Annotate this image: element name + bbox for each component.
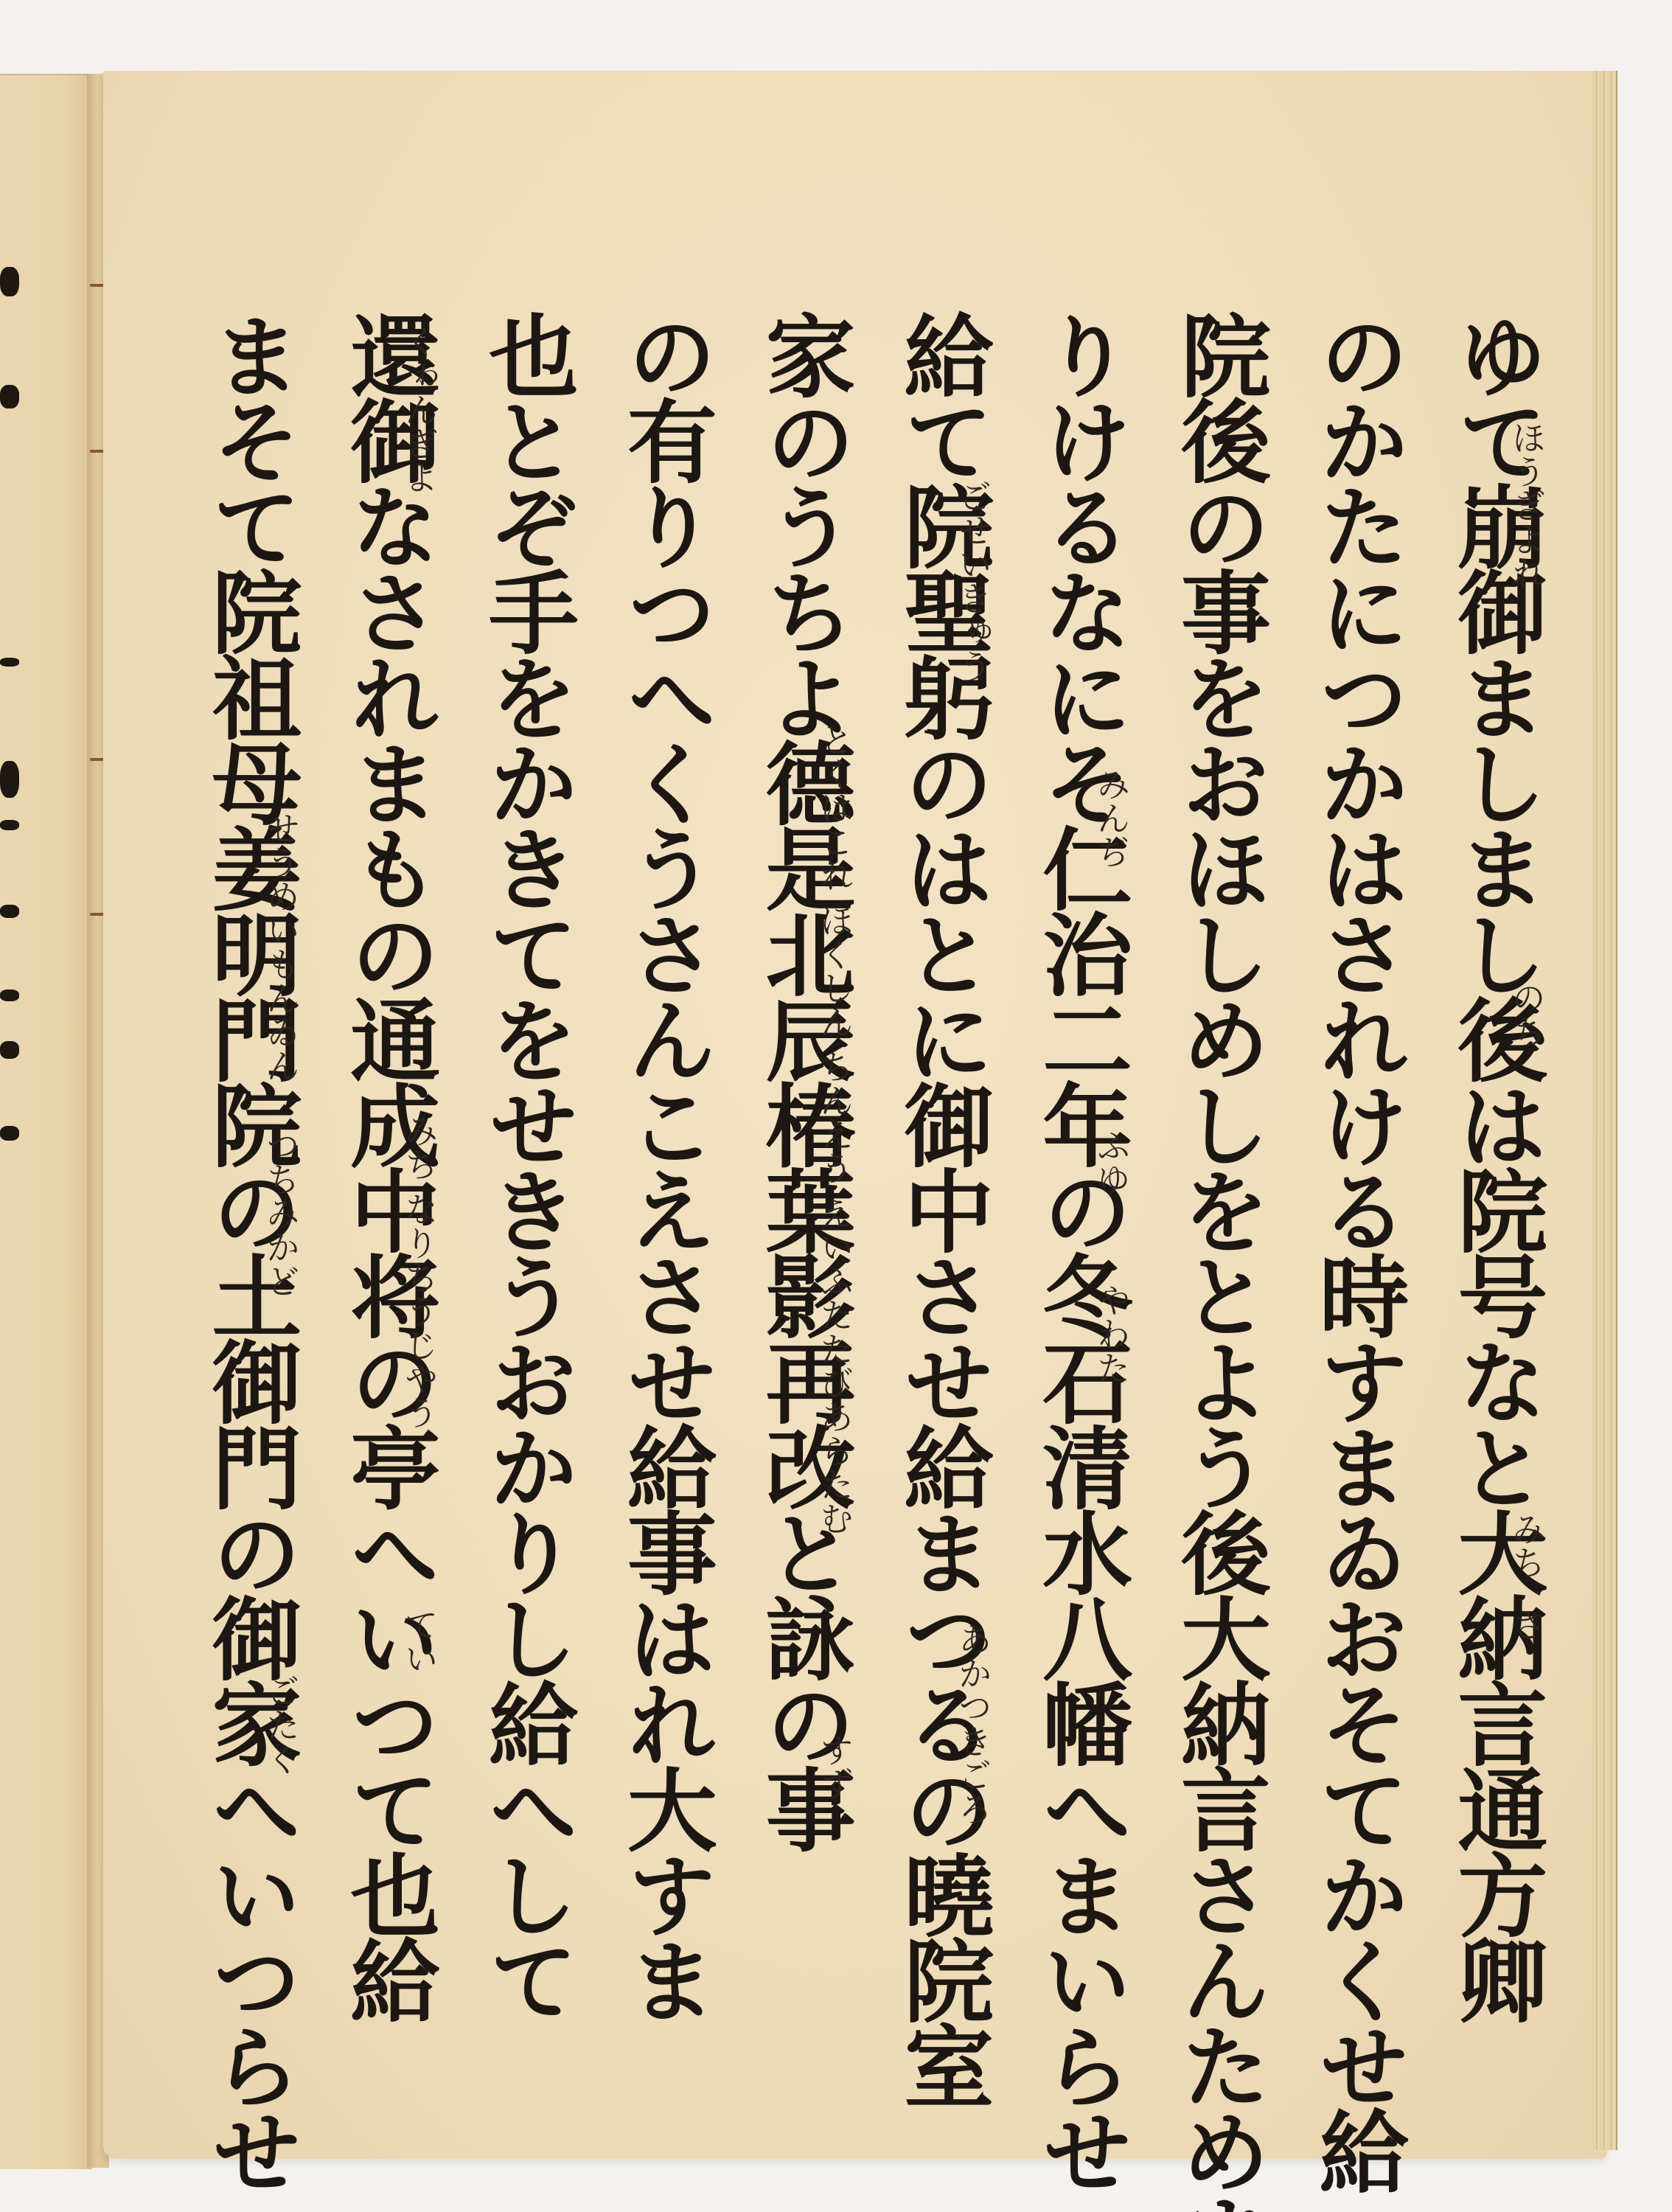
furigana: すず [810, 1733, 859, 1801]
furigana: みんぢ [1087, 767, 1136, 869]
text-column-4: りけるなにそ仁治二年の冬石清水八幡へまいらせ みんぢ ふゆ やわた [1000, 310, 1126, 2094]
furigana: とくはこれ ほくしん ちんえう えいふたたびあらたむ [810, 723, 859, 1535]
column-text: 也とぞ手をかきてをせきうおかりし給へして [482, 310, 572, 2094]
furigana: くゎんぎよ [395, 324, 444, 494]
text-column-2: のかたにつかはされける時すまゐおそてかくせ給へは [1277, 310, 1402, 2094]
left-facing-page [0, 74, 92, 2169]
text-column-6: 家のうちよ德是北辰椿葉影再改と詠の事 とくはこれ ほくしん ちんえう えいふたた… [723, 310, 849, 2094]
furigana: みち なりちうじやう [395, 1113, 444, 1430]
furigana: つちみかど [257, 1128, 305, 1298]
ink-fragment [0, 820, 19, 830]
furigana: ごたく [257, 1674, 305, 1775]
column-text: 院後の事をおほしめしをとよう後大納言さんためまし [1174, 310, 1264, 2094]
text-column-10: まそて院祖母姜明門院の土御門の御家へいつらせ せうめいもんゐん つちみかど ごた… [170, 310, 295, 2094]
furigana: てい [395, 1607, 444, 1675]
ink-fragment [0, 990, 19, 1001]
furigana: あかつきごろ [949, 1622, 997, 1826]
column-text: りけるなにそ仁治二年の冬石清水八幡へまいらせ [1036, 310, 1126, 2094]
ink-fragment [0, 1041, 19, 1059]
column-text: の有りつへくうさんこえさせ給事はれ大すま [620, 310, 710, 2094]
text-column-8: 也とぞ手をかきてをせきうおかりし給へして [447, 310, 572, 2094]
text-column-9: 還御なされまもの通成中将の亭へいつて也給 くゎんぎよ みち なりちうじやう てい [308, 310, 433, 2094]
ink-fragment [0, 385, 19, 408]
page-edge-stack [1592, 71, 1617, 2150]
furigana: ふゆ [1087, 1128, 1136, 1196]
text-column-5: 給て院聖躬のはとに御中させ給まつるの曉院室 ごせいきゅう あかつきごろ [862, 310, 987, 2094]
furigana: ごせいきゅう [949, 479, 997, 683]
text-column-7: の有りつへくうさんこえさせ給事はれ大すま [585, 310, 710, 2094]
ink-fragment [0, 267, 19, 296]
furigana: みち [1502, 1512, 1551, 1579]
text-column-1: ゆて崩御ましまし後は院号なと大納言通方卿 ほうぎよれ のち みち さ [1415, 310, 1541, 2094]
furigana: ほうぎよれ [1502, 420, 1551, 590]
text-column-3: 院後の事をおほしめしをとよう後大納言さんためまし [1138, 310, 1264, 2094]
ink-fragment [0, 761, 19, 798]
furigana: のち [1502, 981, 1551, 1048]
furigana: せうめいもんゐん [257, 811, 305, 1082]
vertical-text-block: ゆて崩御ましまし後は院号なと大納言通方卿 ほうぎよれ のち みち さ のかたにつ… [170, 310, 1541, 2094]
ink-fragment [0, 905, 19, 918]
ink-fragment [0, 658, 19, 667]
furigana: さ [1502, 1607, 1551, 1641]
ink-fragment [0, 1126, 19, 1141]
furigana: やわた [1087, 1283, 1136, 1385]
column-text: のかたにつかはされける時すまゐおそてかくせ給へは [1312, 310, 1402, 2094]
